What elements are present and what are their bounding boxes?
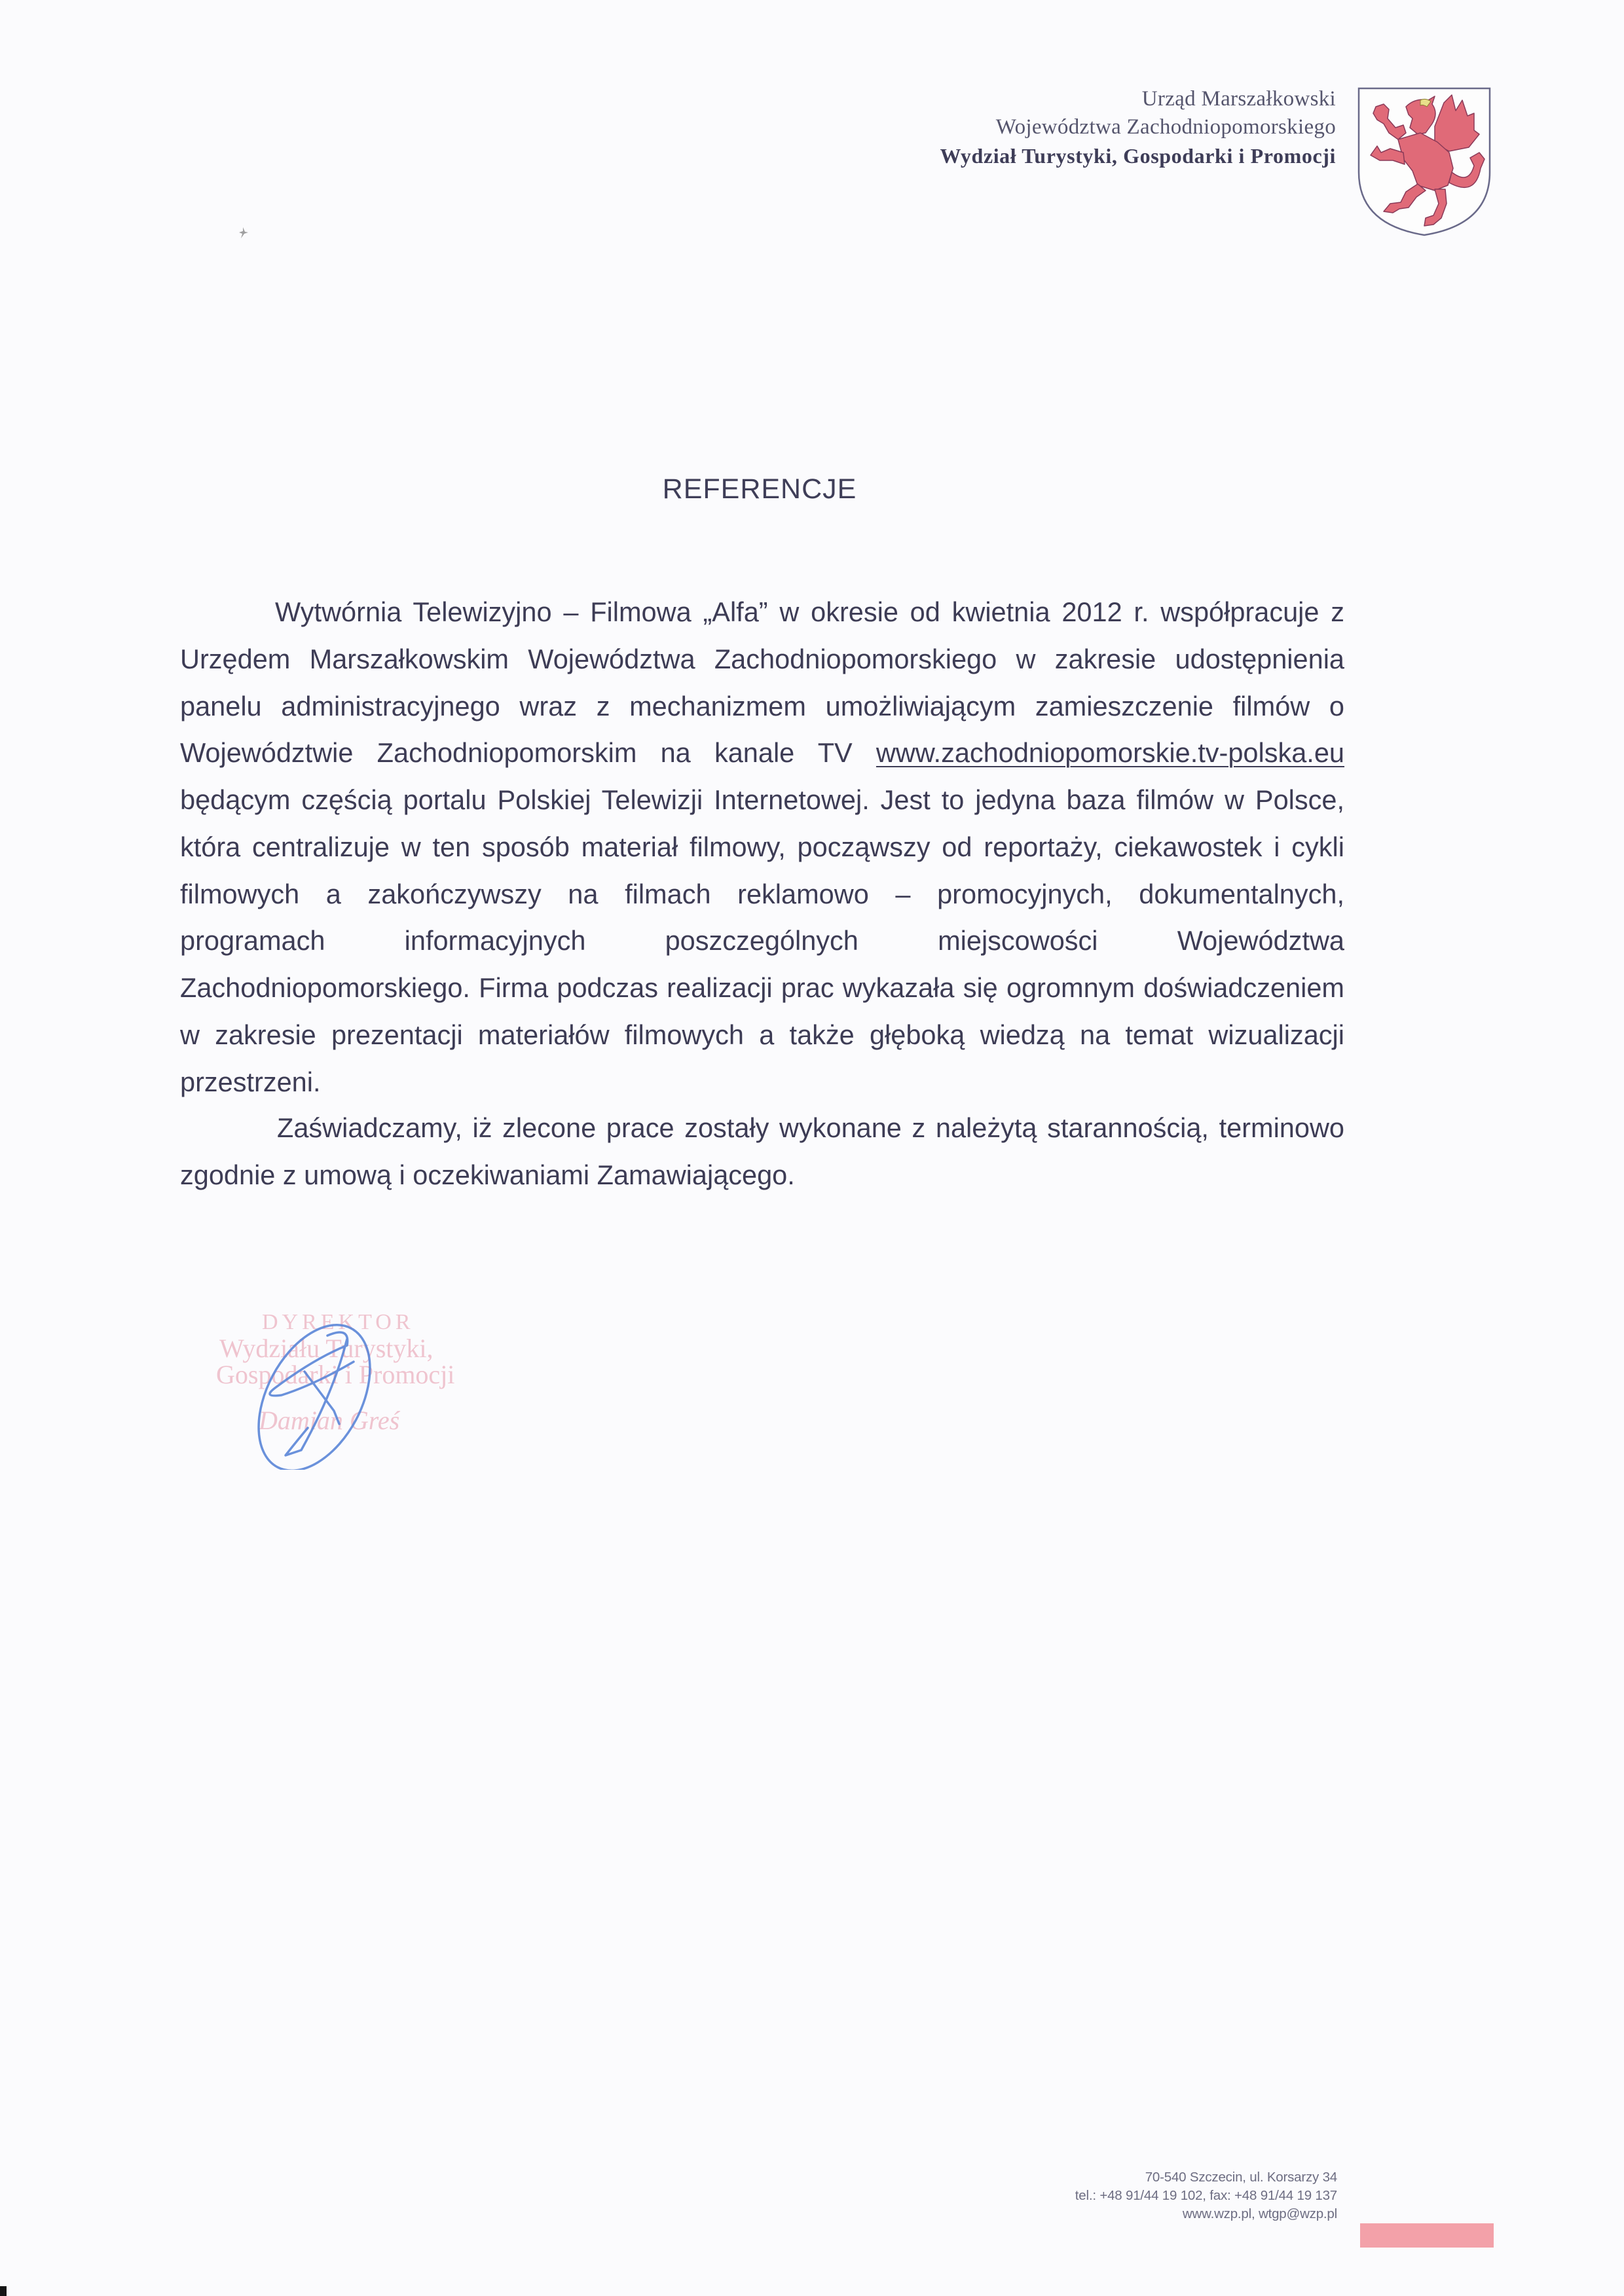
- paragraph-line: filmowych a zakończywszy na filmach rekl…: [180, 878, 1344, 911]
- paragraph-line: Zachodniopomorskiego. Firma podczas real…: [180, 972, 1344, 1004]
- griffin-coat-of-arms-icon: [1357, 87, 1491, 236]
- letterhead-region-name: Województwa Zachodniopomorskiego: [996, 117, 1336, 138]
- handwritten-signature: [236, 1300, 406, 1470]
- paragraph-line: zgodnie z umową i oczekiwaniami Zamawiaj…: [180, 1159, 1344, 1192]
- paragraph-line: która centralizuje w ten sposób materiał…: [180, 831, 1344, 864]
- scan-speck: [237, 226, 250, 240]
- tv-portal-link[interactable]: www.zachodniopomorskie.tv-polska.eu: [876, 737, 1344, 768]
- footer-accent-bar: [1360, 2223, 1494, 2248]
- scan-edge-mark: [0, 2286, 7, 2296]
- letterhead-office-name: Urząd Marszałkowski: [1142, 88, 1336, 110]
- paragraph-line: Zaświadczamy, iż zlecone prace zostały w…: [277, 1112, 1344, 1144]
- footer-address: 70-540 Szczecin, ul. Korsarzy 34: [1145, 2171, 1337, 2185]
- letterhead-department-name: Wydział Turystyki, Gospodarki i Promocji: [940, 145, 1336, 166]
- footer-web-email[interactable]: www.wzp.pl, wtgp@wzp.pl: [1183, 2208, 1337, 2221]
- paragraph-line: Wytwórnia Telewizyjno – Filmowa „Alfa” w…: [275, 596, 1344, 629]
- document-title: REFERENCJE: [0, 475, 1624, 503]
- footer-phone-fax: tel.: +48 91/44 19 102, fax: +48 91/44 1…: [1075, 2189, 1337, 2203]
- document-title-text: REFERENCJE: [663, 473, 857, 505]
- paragraph-line: przestrzeni.: [180, 1066, 1344, 1099]
- paragraph-line-text: Województwie Zachodniopomorskim na kanal…: [180, 737, 853, 768]
- paragraph-line-with-link: Województwie Zachodniopomorskim na kanal…: [180, 737, 1344, 769]
- paragraph-line: będącym częścią portalu Polskiej Telewiz…: [180, 784, 1344, 816]
- paragraph-line: panelu administracyjnego wraz z mechaniz…: [180, 690, 1344, 723]
- paragraph-line: Urzędem Marszałkowskim Województwa Zacho…: [180, 643, 1344, 676]
- paragraph-line: w zakresie prezentacji materiałów filmow…: [180, 1019, 1344, 1051]
- paragraph-line: programach informacyjnych poszczególnych…: [180, 924, 1344, 957]
